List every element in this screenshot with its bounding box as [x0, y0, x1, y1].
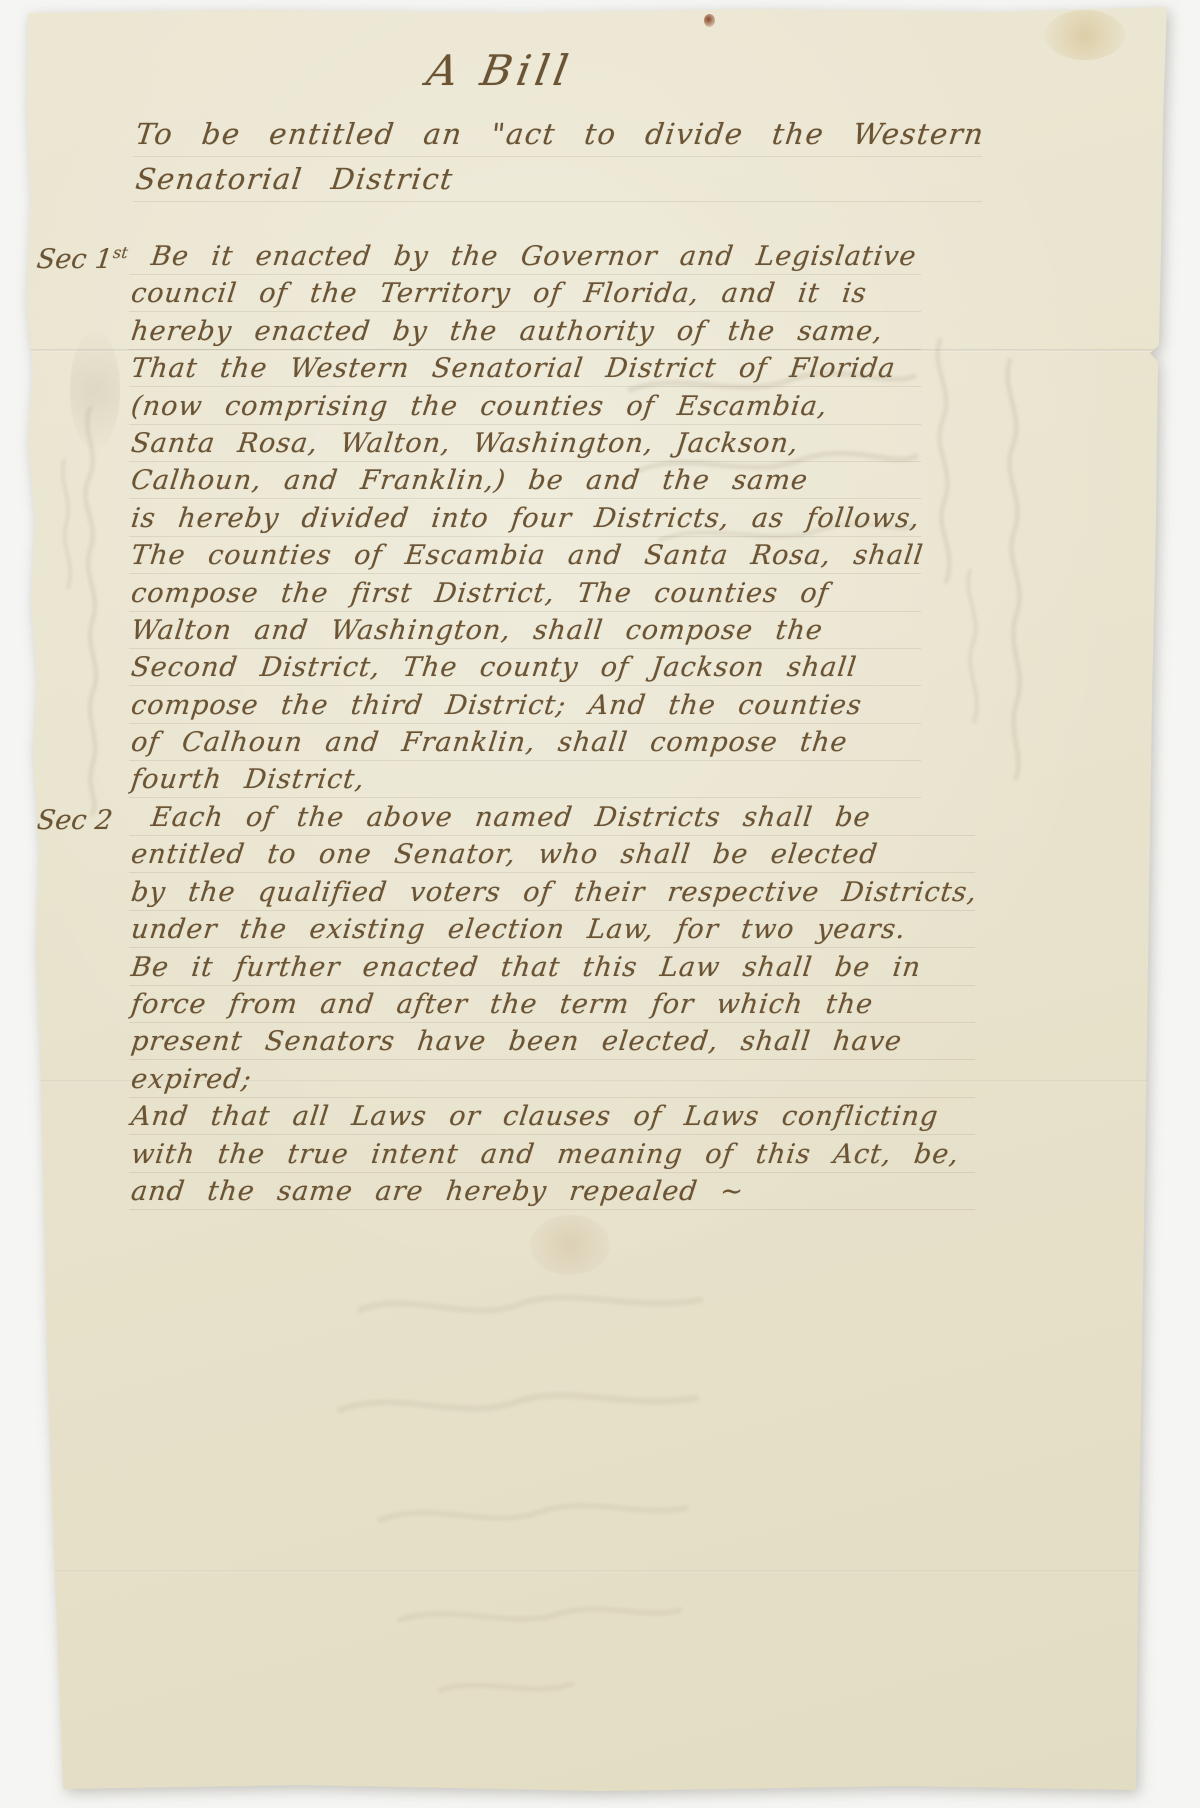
section-1-body: Be it enacted by the Governor and Legisl…: [129, 238, 921, 799]
handwritten-line: is hereby divided into four Districts, a…: [129, 500, 926, 537]
paper-sheet: A Bill To be entitled an "act to divide …: [0, 0, 1200, 1808]
handwritten-line: council of the Territory of Florida, and…: [129, 275, 926, 312]
handwritten-line: of Calhoun and Franklin, shall compose t…: [129, 724, 926, 761]
scanned-document: A Bill To be entitled an "act to divide …: [0, 0, 1200, 1808]
handwritten-line: Be it enacted by the Governor and Legisl…: [129, 238, 926, 275]
handwritten-line: And that all Laws or clauses of Laws con…: [129, 1098, 979, 1135]
section-label-text: Sec 2: [35, 805, 114, 836]
section-1-label: Sec 1st: [35, 243, 129, 275]
handwritten-line: compose the first District, The counties…: [129, 575, 926, 612]
handwritten-line: Walton and Washington, shall compose the: [129, 612, 926, 649]
section-label-text: Sec 1: [35, 244, 114, 275]
handwritten-line: fourth District,: [129, 761, 926, 798]
handwritten-line: Second District, The county of Jackson s…: [129, 649, 926, 686]
handwritten-line: The counties of Escambia and Santa Rosa,…: [129, 537, 926, 574]
section-2-body: Each of the above named Districts shall …: [129, 799, 975, 1210]
handwritten-line: present Senators have been elected, shal…: [129, 1023, 979, 1060]
ink-stain: [704, 14, 715, 27]
section-2-label: Sec 2: [35, 804, 114, 836]
document-title: A Bill: [296, 46, 705, 95]
handwritten-line: force from and after the term for which …: [129, 986, 979, 1023]
handwritten-line: expired;: [129, 1061, 979, 1098]
document-subtitle: To be entitled an "act to divide the Wes…: [133, 112, 982, 202]
handwritten-line: hereby enacted by the authority of the s…: [129, 313, 926, 350]
handwritten-line: Calhoun, and Franklin,) be and the same: [129, 462, 926, 499]
handwritten-line: under the existing election Law, for two…: [129, 911, 979, 948]
handwritten-line: Be it further enacted that this Law shal…: [129, 949, 979, 986]
handwritten-line: Santa Rosa, Walton, Washington, Jackson,: [129, 425, 926, 462]
handwritten-line: (now comprising the counties of Escambia…: [129, 388, 926, 425]
handwritten-line: and the same are hereby repealed ~: [129, 1173, 979, 1210]
handwritten-line: Each of the above named Districts shall …: [129, 799, 979, 836]
section-label-sup: st: [112, 243, 129, 262]
handwritten-line: That the Western Senatorial District of …: [129, 350, 926, 387]
subtitle-line: Senatorial District: [133, 157, 987, 202]
paper-stain: [1045, 10, 1125, 60]
subtitle-line: To be entitled an "act to divide the Wes…: [133, 112, 987, 157]
handwritten-line: by the qualified voters of their respect…: [129, 874, 979, 911]
handwritten-line: entitled to one Senator, who shall be el…: [129, 836, 979, 873]
ink-bleedthrough: [42, 400, 132, 820]
handwritten-line: compose the third District; And the coun…: [129, 687, 926, 724]
handwritten-line: with the true intent and meaning of this…: [129, 1136, 979, 1173]
ink-bleedthrough: [300, 1280, 720, 1720]
paper-stain: [530, 1215, 610, 1275]
